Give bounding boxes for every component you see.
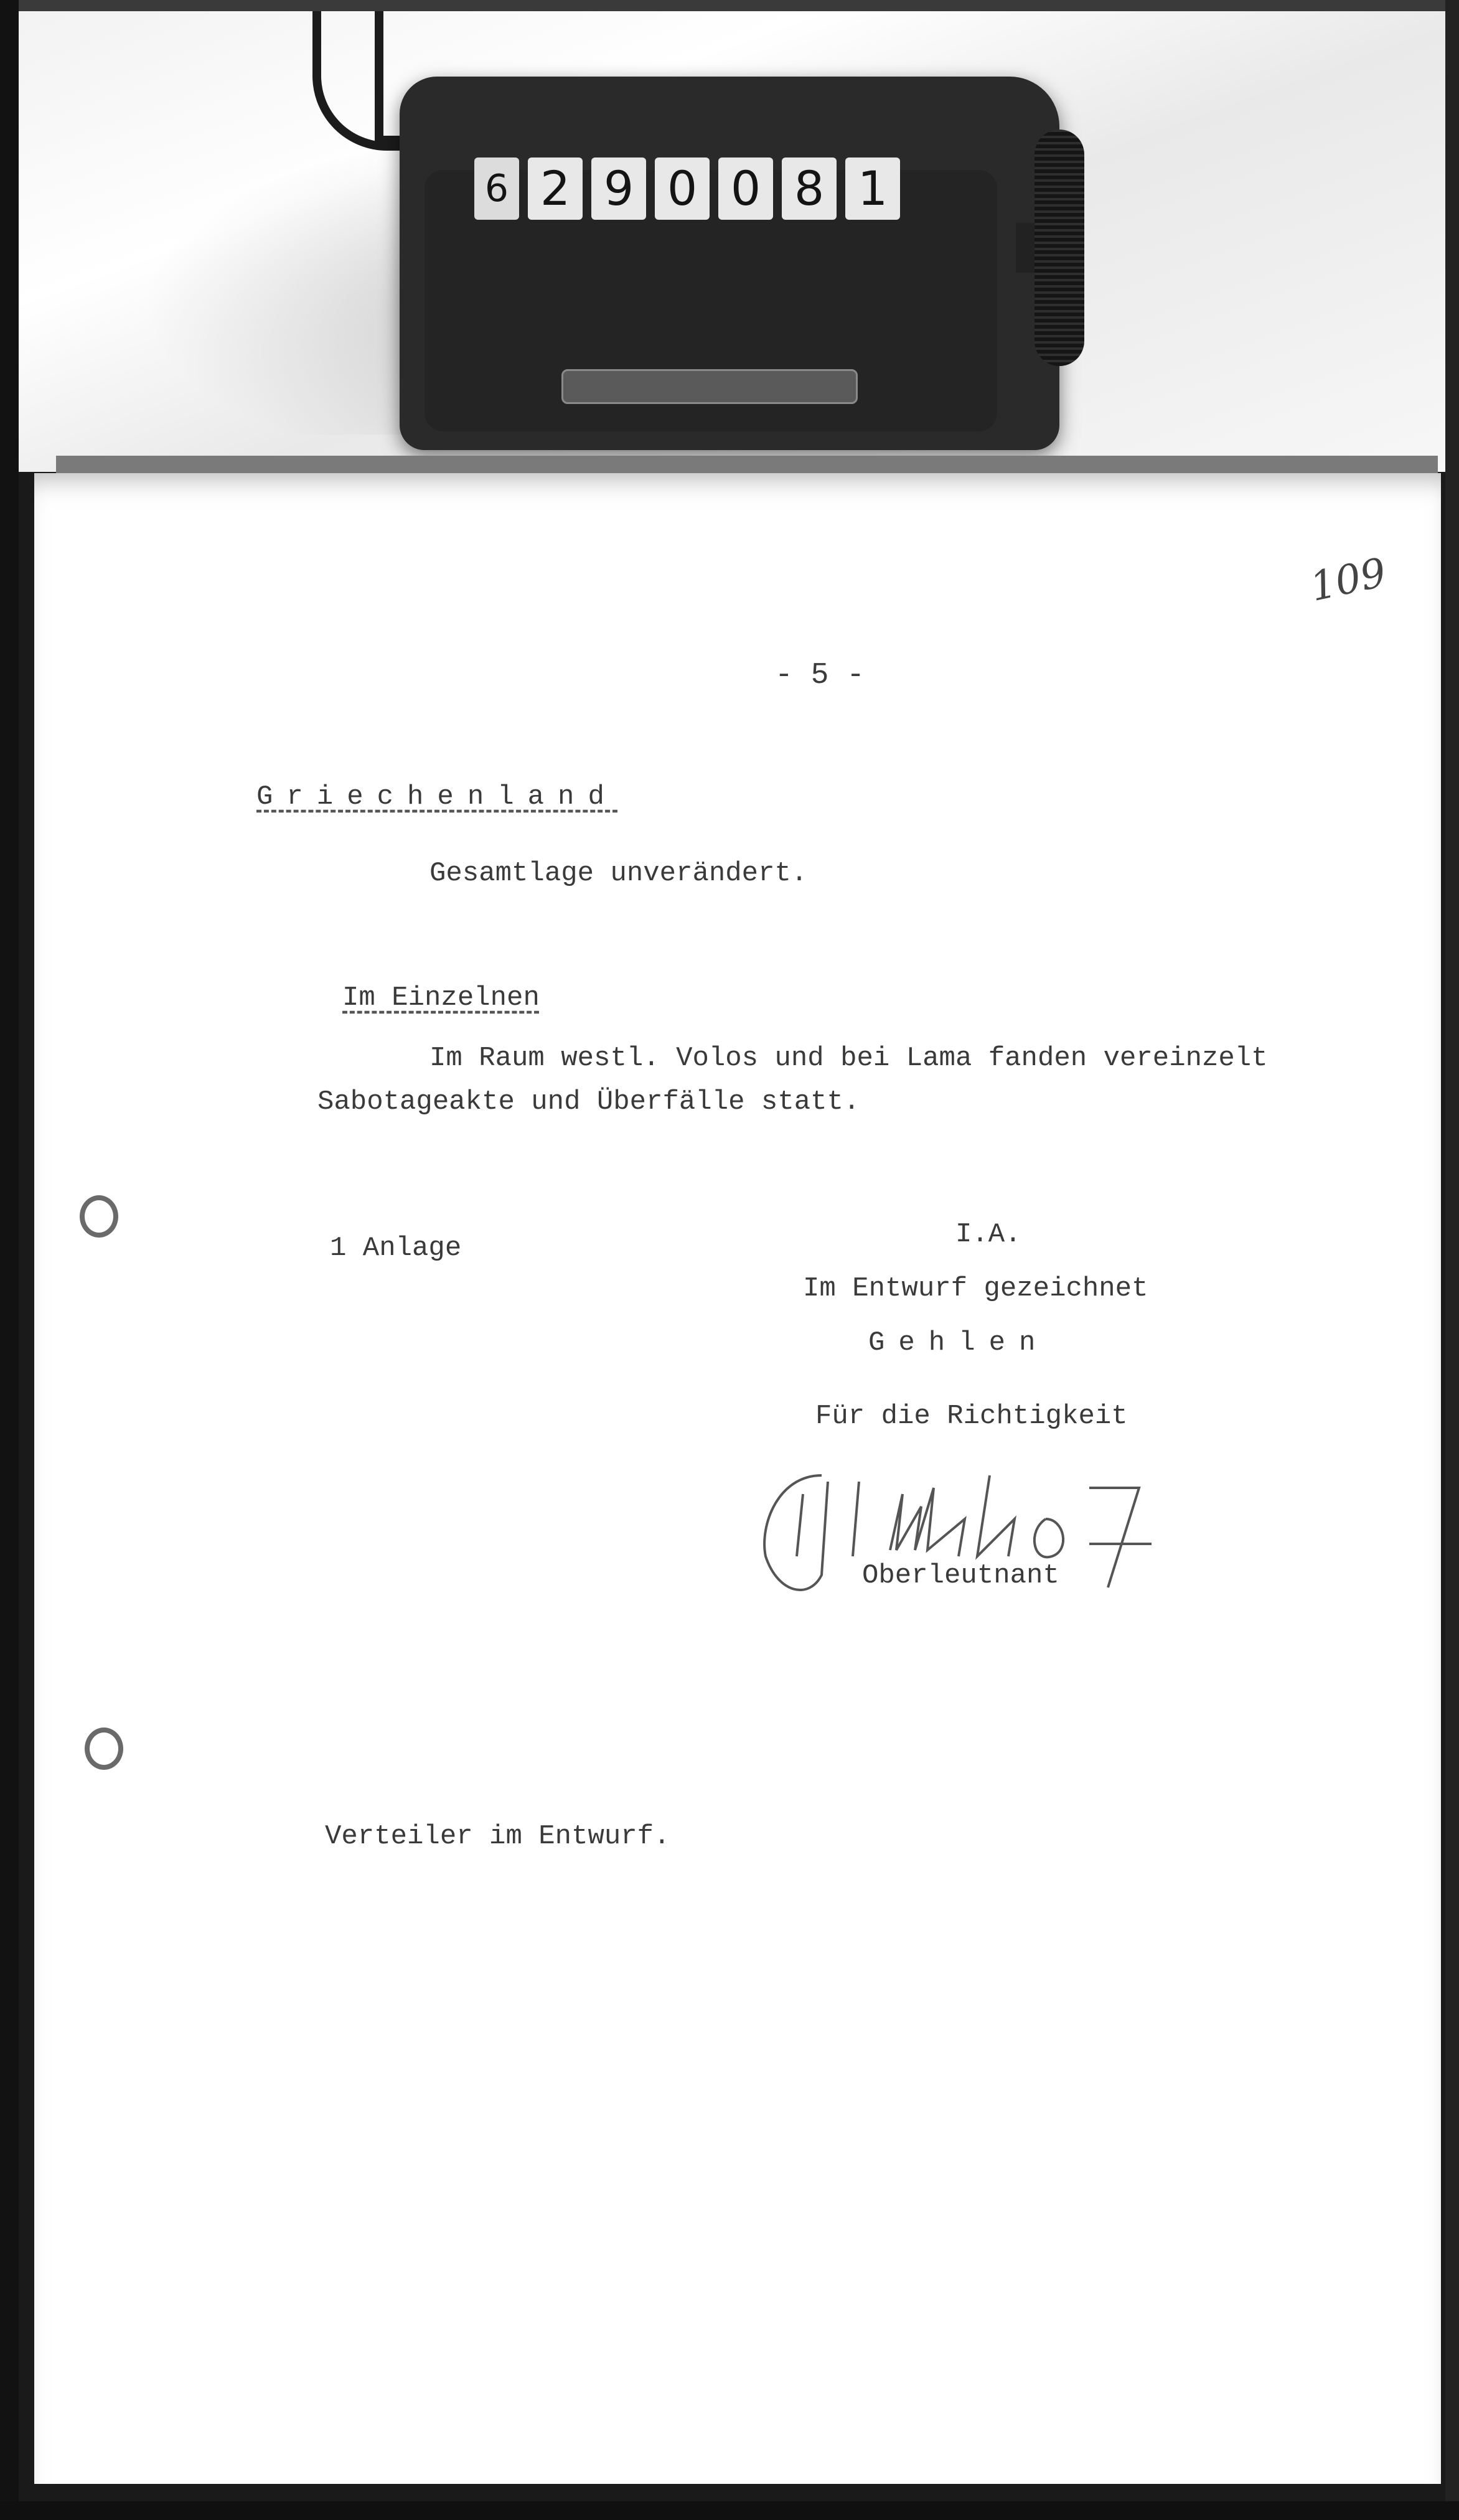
counter-digit: 0 bbox=[718, 157, 773, 220]
sheet-top-shadow bbox=[56, 456, 1438, 474]
rank-label: Oberleutnant bbox=[862, 1560, 1059, 1591]
sub-heading: Im Einzelnen bbox=[342, 982, 540, 1013]
signatory-name: Gehlen bbox=[868, 1327, 1049, 1358]
punch-hole bbox=[85, 1728, 123, 1770]
counter-photo: 6 2 9 0 0 8 1 bbox=[7, 11, 1452, 472]
enclosure-note: 1 Anlage bbox=[330, 1233, 461, 1264]
counter-digits: 6 2 9 0 0 8 1 bbox=[474, 157, 900, 220]
film-edge-left bbox=[0, 0, 19, 2520]
film-edge-right bbox=[1445, 0, 1459, 2520]
counter-digit: 8 bbox=[782, 157, 837, 220]
counter-wheel-icon bbox=[1034, 129, 1084, 366]
counter-digit: 9 bbox=[591, 157, 646, 220]
film-edge-top bbox=[0, 0, 1459, 11]
counter-digit: 1 bbox=[845, 157, 900, 220]
draft-signed-label: Im Entwurf gezeichnet bbox=[803, 1273, 1148, 1304]
counter-digit: 6 bbox=[474, 157, 519, 220]
film-edge-bottom bbox=[0, 2501, 1459, 2520]
punch-hole bbox=[80, 1195, 118, 1238]
mechanical-counter-icon: 6 2 9 0 0 8 1 bbox=[400, 77, 1059, 450]
paragraph-line: Im Raum westl. Volos und bei Lama fanden… bbox=[429, 1043, 1268, 1074]
counter-plate bbox=[561, 369, 858, 404]
certified-label: Für die Richtigkeit bbox=[815, 1401, 1128, 1432]
paragraph-line: Sabotageakte und Überfälle statt. bbox=[317, 1086, 860, 1117]
on-behalf-label: I.A. bbox=[955, 1219, 1021, 1250]
counter-digit: 0 bbox=[655, 157, 710, 220]
section-heading: Griechenland bbox=[256, 781, 618, 812]
distribution-note: Verteiler im Entwurf. bbox=[325, 1821, 670, 1852]
page-number: - 5 - bbox=[775, 659, 865, 692]
summary-text: Gesamtlage unverändert. bbox=[429, 858, 807, 889]
counter-digit: 2 bbox=[528, 157, 583, 220]
